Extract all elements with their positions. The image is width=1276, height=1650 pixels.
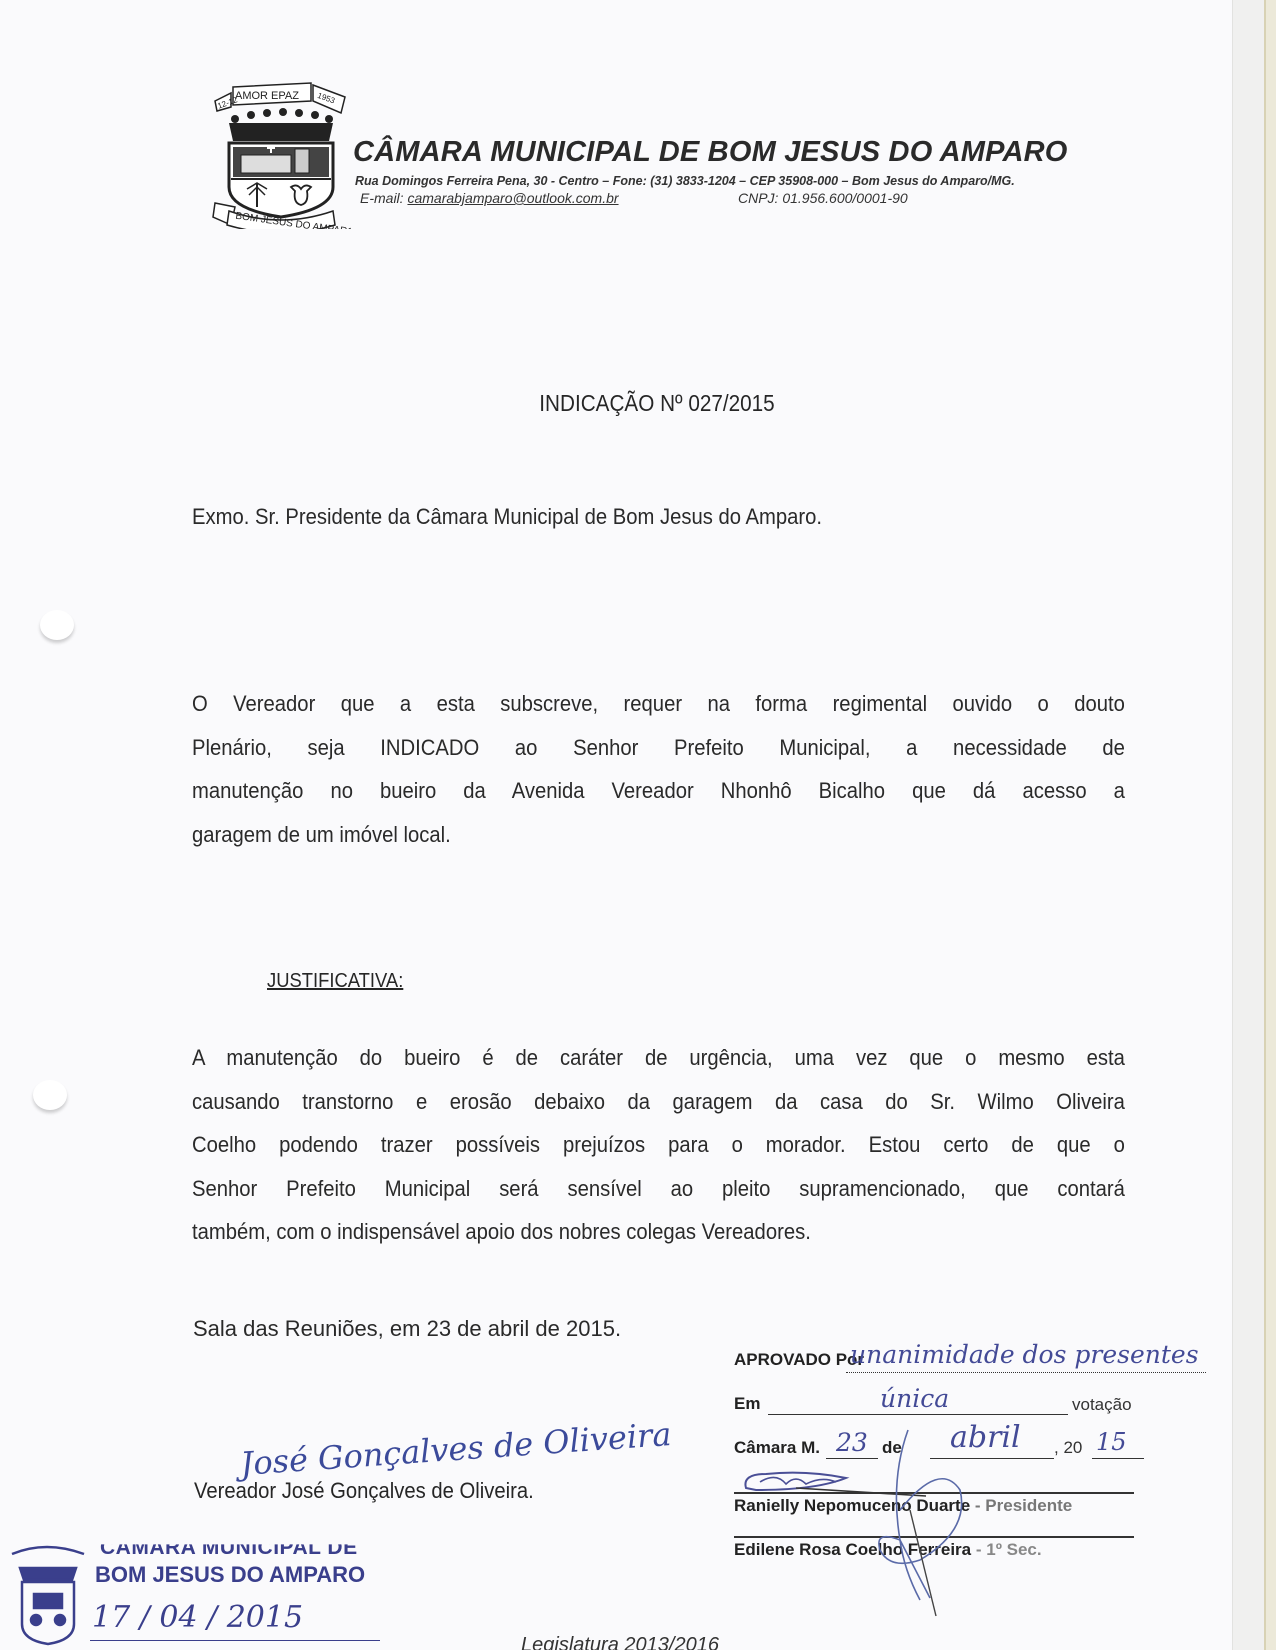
scan-edge (1264, 0, 1276, 1650)
justification-heading: JUSTIFICATIVA: (267, 970, 403, 993)
svg-text:AMOR EPAZ: AMOR EPAZ (235, 90, 299, 102)
em-label: Em (734, 1394, 760, 1414)
votacao-label: votação (1072, 1395, 1132, 1415)
justification-paragraph: A manutenção do bueiro é de caráter de u… (192, 1036, 1125, 1254)
punch-hole (33, 1080, 67, 1110)
email-label: E-mail: (360, 190, 407, 206)
president-role: - Presidente (970, 1496, 1072, 1515)
paragraph-line: O Vereador que a esta subscreve, requer … (192, 682, 1125, 726)
document-page: AMOR EPAZ 12-12 1953 BOM JESUS DO AMPARO… (0, 0, 1232, 1650)
approved-by-value: unanimidade dos presentes (850, 1340, 1199, 1369)
camara-label: Câmara M. (734, 1438, 820, 1458)
stamp-line-1: CÂMARA MUNICIPAL DE (100, 1536, 358, 1560)
salutation: Exmo. Sr. Presidente da Câmara Municipal… (192, 504, 822, 530)
footer-legislature: Legislatura 2013/2016 (521, 1634, 719, 1650)
paragraph-line: manutenção no bueiro da Avenida Vereador… (192, 769, 1125, 813)
vote-round-value: única (880, 1384, 949, 1413)
paragraph-line: também, com o indispensável apoio dos no… (192, 1210, 1125, 1254)
year-prefix: , 20 (1054, 1438, 1082, 1458)
secretary-signature (860, 1420, 980, 1620)
approved-by-label: APROVADO Por (734, 1350, 864, 1370)
email-line: E-mail: camarabjamparo@outlook.com.br (360, 190, 619, 206)
paragraph-line: Senhor Prefeito Municipal será sensível … (192, 1167, 1125, 1211)
email-link[interactable]: camarabjamparo@outlook.com.br (407, 190, 618, 206)
paragraph-line: A manutenção do bueiro é de caráter de u… (192, 1036, 1125, 1080)
punch-hole (40, 610, 74, 640)
handwritten-signature: José Gonçalves de Oliveira (239, 1415, 672, 1483)
paragraph-line: Plenário, seja INDICADO ao Senhor Prefei… (192, 726, 1125, 770)
stamp-crest-icon (6, 1540, 90, 1650)
scan-edge (1232, 0, 1265, 1650)
place-and-date: Sala das Reuniões, em 23 de abril de 201… (193, 1316, 621, 1342)
institution-name: CÂMARA MUNICIPAL DE BOM JESUS DO AMPARO (353, 136, 1068, 169)
stamp-received-date: 17 / 04 / 2015 (92, 1600, 303, 1635)
approval-year: 15 (1096, 1428, 1127, 1456)
paragraph-line: causando transtorno e erosão debaixo da … (192, 1080, 1125, 1124)
cnpj: CNPJ: 01.956.600/0001-90 (738, 190, 908, 206)
municipal-crest-logo: AMOR EPAZ 12-12 1953 BOM JESUS DO AMPARO… (211, 79, 351, 229)
request-paragraph: O Vereador que a esta subscreve, requer … (192, 682, 1125, 856)
stamp-line-2: BOM JESUS DO AMPARO (95, 1562, 365, 1588)
paragraph-line: garagem de um imóvel local. (192, 813, 1125, 857)
paragraph-line: Coelho podendo trazer possíveis prejuízo… (192, 1123, 1125, 1167)
institution-address: Rua Domingos Ferreira Pena, 30 - Centro … (355, 174, 1015, 188)
signer-name: Vereador José Gonçalves de Oliveira. (194, 1478, 534, 1504)
secretary-role: - 1º Sec. (971, 1540, 1041, 1559)
document-title: INDICAÇÃO Nº 027/2015 (66, 390, 1249, 417)
